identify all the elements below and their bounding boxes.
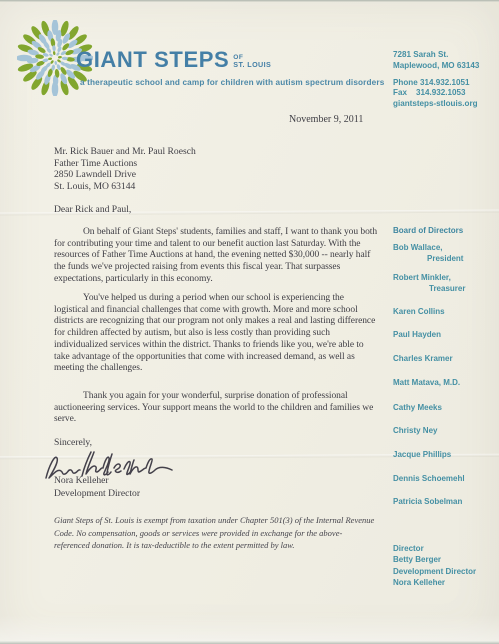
contact-address-line2: Maplewood, MO 63143 xyxy=(393,61,479,72)
board-member-name: Jacque Phillips xyxy=(393,450,451,459)
recipient-line: Mr. Rick Bauer and Mr. Paul Roesch xyxy=(54,146,196,158)
contact-website: giantsteps-stlouis.org xyxy=(393,99,479,110)
recipient-address-block: Mr. Rick Bauer and Mr. Paul Roesch Fathe… xyxy=(54,146,196,193)
staff-name: Nora Kelleher xyxy=(393,578,445,587)
body-paragraph: You've helped us during a period when ou… xyxy=(54,293,380,375)
body-paragraph: Thank you again for your wonderful, surp… xyxy=(54,391,380,426)
board-member-name: Dennis Schoemehl xyxy=(393,474,465,483)
recipient-line: Father Time Auctions xyxy=(54,158,196,170)
brand-wordmark: GIANT STEPSOFST. LOUIS xyxy=(76,47,271,73)
board-member-name: Robert Minkler, xyxy=(393,273,451,282)
recipient-line: 2850 Lawndell Drive xyxy=(54,169,196,181)
board-member-name: Patricia Sobelman xyxy=(393,497,462,506)
signature-name: Nora Kelleher xyxy=(54,475,109,486)
scan-edge-top xyxy=(0,0,499,2)
board-member-name: Christy Ney xyxy=(393,426,437,435)
board-member-name: Charles Kramer xyxy=(393,354,453,363)
staff-role: Director xyxy=(393,544,424,553)
brand-location: OFST. LOUIS xyxy=(233,54,271,69)
board-member-role: Treasurer xyxy=(429,284,465,293)
tax-exemption-footnote: Giant Steps of St. Louis is exempt from … xyxy=(54,514,378,552)
scan-shading xyxy=(0,615,499,641)
letter-page: GIANT STEPSOFST. LOUIS a therapeutic sch… xyxy=(0,0,499,644)
body-paragraph: On behalf of Giant Steps' students, fami… xyxy=(54,227,380,286)
recipient-line: St. Louis, MO 63144 xyxy=(54,181,196,193)
board-member-name: Cathy Meeks xyxy=(393,403,442,412)
board-member-name: Karen Collins xyxy=(393,307,445,316)
signature-title: Development Director xyxy=(54,488,140,499)
board-member-name: Paul Hayden xyxy=(393,330,441,339)
board-member-name: Matt Matava, M.D. xyxy=(393,378,460,387)
contact-phone: Phone 314.932.1051 xyxy=(393,78,479,89)
board-member-role: President xyxy=(427,254,463,263)
letter-date: November 9, 2011 xyxy=(289,114,363,125)
salutation: Dear Rick and Paul, xyxy=(54,204,131,215)
brand-city: ST. LOUIS xyxy=(233,61,271,69)
contact-address-line1: 7281 Sarah St. xyxy=(393,50,479,61)
board-member-name: Bob Wallace, xyxy=(393,243,443,252)
letterhead-contact-block: 7281 Sarah St. Maplewood, MO 63143 Phone… xyxy=(393,50,479,110)
board-heading: Board of Directors xyxy=(393,226,463,235)
staff-role: Development Director xyxy=(393,567,476,576)
brand-name: GIANT STEPS xyxy=(76,47,229,72)
contact-fax: Fax 314.932.1053 xyxy=(393,88,479,99)
brand-tagline: a therapeutic school and camp for childr… xyxy=(80,78,384,87)
staff-name: Betty Berger xyxy=(393,555,441,564)
